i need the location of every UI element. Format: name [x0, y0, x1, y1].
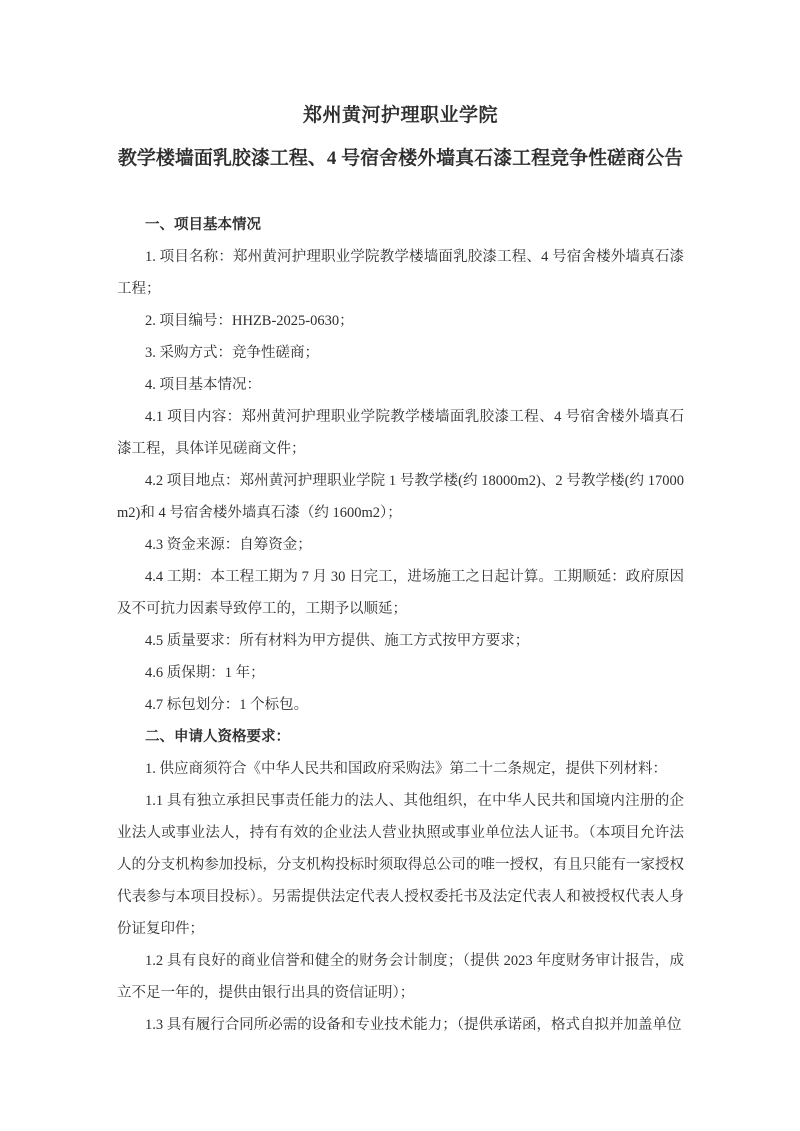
procurement-method: 3. 采购方式：竞争性磋商； — [117, 337, 684, 369]
document-page: 郑州黄河护理职业学院 教学楼墙面乳胶漆工程、4 号宿舍楼外墙真石漆工程竞争性磋商… — [0, 0, 800, 1131]
project-basic-info: 4. 项目基本情况： — [117, 369, 684, 401]
warranty-period: 4.6 质保期：1 年； — [117, 657, 684, 689]
project-content: 4.1 项目内容：郑州黄河护理职业学院教学楼墙面乳胶漆工程、4 号宿舍楼外墙真石… — [117, 401, 684, 465]
project-location: 4.2 项目地点：郑州黄河护理职业学院 1 号教学楼(约 18000m2)、2 … — [117, 465, 684, 529]
qualification-1-2: 1.2 具有良好的商业信誉和健全的财务会计制度；（提供 2023 年度财务审计报… — [117, 945, 684, 1009]
quality-requirement: 4.5 质量要求：所有材料为甲方提供、施工方式按甲方要求； — [117, 625, 684, 657]
section-heading-applicant-qualification: 二、申请人资格要求： — [117, 721, 684, 753]
section-heading-project-info: 一、项目基本情况 — [117, 209, 684, 241]
bid-package-division: 4.7 标包划分：1 个标包。 — [117, 689, 684, 721]
funding-source: 4.3 资金来源：自筹资金； — [117, 529, 684, 561]
document-subtitle: 教学楼墙面乳胶漆工程、4 号宿舍楼外墙真石漆工程竞争性磋商公告 — [117, 145, 684, 172]
project-name: 1. 项目名称：郑州黄河护理职业学院教学楼墙面乳胶漆工程、4 号宿舍楼外墙真石漆… — [117, 241, 684, 305]
qualification-1-3: 1.3 具有履行合同所必需的设备和专业技术能力；（提供承诺函，格式自拟并加盖单位 — [117, 1009, 684, 1041]
project-number: 2. 项目编号：HHZB-2025-0630； — [117, 305, 684, 337]
supplier-compliance: 1. 供应商须符合《中华人民共和国政府采购法》第二十二条规定，提供下列材料： — [117, 753, 684, 785]
construction-period: 4.4 工期：本工程工期为 7 月 30 日完工，进场施工之日起计算。工期顺延：… — [117, 561, 684, 625]
document-title: 郑州黄河护理职业学院 — [117, 102, 684, 129]
qualification-1-1: 1.1 具有独立承担民事责任能力的法人、其他组织，在中华人民共和国境内注册的企业… — [117, 785, 684, 945]
document-body: 一、项目基本情况1. 项目名称：郑州黄河护理职业学院教学楼墙面乳胶漆工程、4 号… — [117, 209, 684, 1041]
